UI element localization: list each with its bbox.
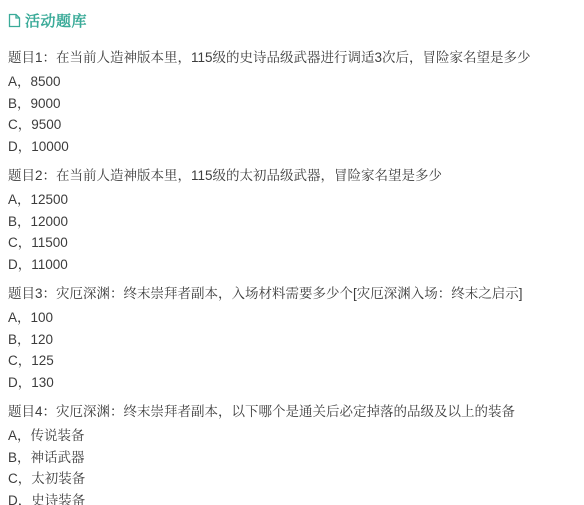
option-c: C，9500 [8, 114, 572, 136]
question-title: 题目1：在当前人造神版本里，115级的史诗品级武器进行调适3次后，冒险家名望是多… [8, 49, 572, 67]
option-d: D，史诗装备 [8, 490, 572, 505]
option-c: C，125 [8, 350, 572, 372]
question-block-2: 题目2：在当前人造神版本里，115级的太初品级武器，冒险家名望是多少 A，125… [8, 167, 572, 275]
option-d: D，10000 [8, 136, 572, 158]
option-b: B，120 [8, 329, 572, 351]
page-title-text: 活动题库 [25, 10, 87, 31]
option-a: A，传说装备 [8, 425, 572, 447]
question-block-4: 题目4：灾厄深渊：终末崇拜者副本，以下哪个是通关后必定掉落的品级及以上的装备 A… [8, 403, 572, 505]
option-d: D，11000 [8, 254, 572, 276]
option-c: C，太初装备 [8, 468, 572, 490]
question-title: 题目4：灾厄深渊：终末崇拜者副本，以下哪个是通关后必定掉落的品级及以上的装备 [8, 403, 572, 421]
question-block-1: 题目1：在当前人造神版本里，115级的史诗品级武器进行调适3次后，冒险家名望是多… [8, 49, 572, 157]
option-c: C，11500 [8, 232, 572, 254]
option-a: A，100 [8, 307, 572, 329]
question-bank-page: 活动题库 题目1：在当前人造神版本里，115级的史诗品级武器进行调适3次后，冒险… [0, 0, 584, 505]
question-block-3: 题目3：灾厄深渊：终末崇拜者副本，入场材料需要多少个[灾厄深渊入场：终末之启示]… [8, 285, 572, 393]
option-d: D，130 [8, 372, 572, 394]
option-a: A，12500 [8, 189, 572, 211]
page-title: 活动题库 [8, 10, 572, 31]
question-title: 题目3：灾厄深渊：终末崇拜者副本，入场材料需要多少个[灾厄深渊入场：终末之启示] [8, 285, 572, 303]
option-a: A，8500 [8, 71, 572, 93]
option-b: B，9000 [8, 93, 572, 115]
question-title: 题目2：在当前人造神版本里，115级的太初品级武器，冒险家名望是多少 [8, 167, 572, 185]
document-icon [8, 13, 21, 28]
option-b: B，12000 [8, 211, 572, 233]
option-b: B，神话武器 [8, 447, 572, 469]
